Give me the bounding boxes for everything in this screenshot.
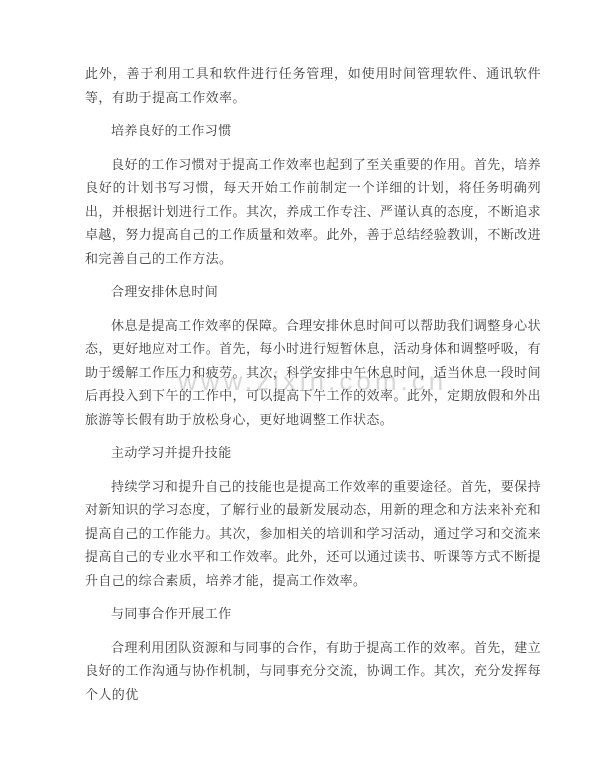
paragraph: 持续学习和提升自己的技能也是提高工作效率的重要途径。首先，要保持对新知识的学习态… [85,475,541,593]
paragraph: 此外，善于利用工具和软件进行任务管理，如使用时间管理软件、通讯软件等，有助于提高… [85,62,541,109]
section-heading: 培养良好的工作习惯 [85,119,541,143]
section-heading: 主动学习并提升技能 [85,441,541,465]
paragraph: 休息是提高工作效率的保障。合理安排休息时间可以帮助我们调整身心状态，更好地应对工… [85,314,541,432]
section-heading: 合理安排休息时间 [85,280,541,304]
section-heading: 与同事合作开展工作 [85,602,541,626]
paragraph: 合理利用团队资源和与同事的合作，有助于提高工作的效率。首先，建立良好的工作沟通与… [85,636,541,707]
paragraph: 良好的工作习惯对于提高工作效率也起到了至关重要的作用。首先，培养良好的计划书写习… [85,153,541,271]
document-body: 此外，善于利用工具和软件进行任务管理，如使用时间管理软件、通讯软件等，有助于提高… [85,62,541,716]
document-page: www.zixin.com.cn 此外，善于利用工具和软件进行任务管理，如使用时… [0,0,600,776]
